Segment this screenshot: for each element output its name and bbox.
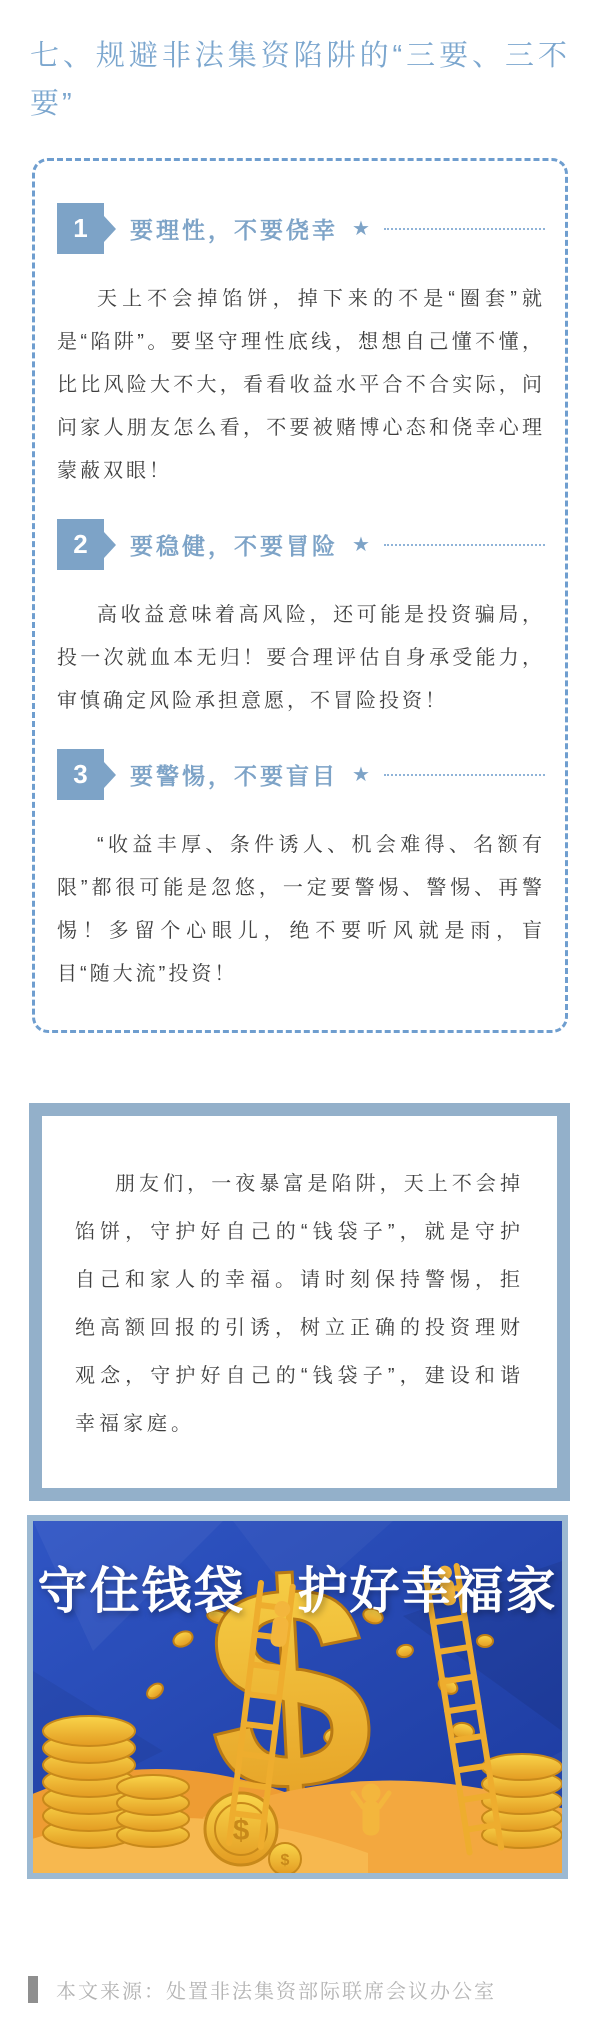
summary-box: 朋友们，一夜暴富是陷阱，天上不会掉馅饼，守护好自己的“钱袋子”，就是守护自己和家… <box>29 1103 570 1501</box>
source-row: 本文来源：处置非法集资部际联席会议办公室 <box>28 1975 570 2004</box>
dotted-rule <box>384 544 545 546</box>
svg-text:$: $ <box>233 1814 250 1847</box>
source-bar-icon <box>28 1976 38 2003</box>
dotted-rule <box>384 228 545 230</box>
section-paragraph-1: 天上不会掉馅饼，掉下来的不是“圈套”就是“陷阱”。要坚守理性底线，想想自己懂不懂… <box>57 278 545 493</box>
summary-paragraph: 朋友们，一夜暴富是陷阱，天上不会掉馅饼，守护好自己的“钱袋子”，就是守护自己和家… <box>75 1160 524 1448</box>
tips-dashed-box: 1 要理性，不要侥幸 ★ 天上不会掉馅饼，掉下来的不是“圈套”就是“陷阱”。要坚… <box>32 158 568 1033</box>
dotted-rule <box>384 774 545 776</box>
page-title: 七、规避非法集资陷阱的“三要、三不要” <box>30 32 570 128</box>
section-header-2: 2 要稳健，不要冒险 ★ <box>57 519 545 570</box>
section-paragraph-3: “收益丰厚、条件诱人、机会难得、名额有限”都很可能是忽悠，一定要警惕、警惕、再警… <box>57 824 545 996</box>
section-number-badge-1: 1 <box>57 203 104 254</box>
source-text: 本文来源：处置非法集资部际联席会议办公室 <box>56 1975 496 2004</box>
section-header-3: 3 要警惕，不要盲目 ★ <box>57 749 545 800</box>
star-icon: ★ <box>352 532 370 557</box>
banner-headline: 守住钱袋 护好幸福家 <box>33 1551 562 1623</box>
small-coin: $ <box>269 1843 301 1873</box>
section-title-3: 要警惕，不要盲目 <box>130 758 338 791</box>
section-title-2: 要稳健，不要冒险 <box>130 528 338 561</box>
banner-image[interactable]: $ $ $ <box>27 1515 568 1879</box>
section-number-badge-2: 2 <box>57 519 104 570</box>
section-title-1: 要理性，不要侥幸 <box>130 212 338 245</box>
section-header-1: 1 要理性，不要侥幸 ★ <box>57 203 545 254</box>
section-paragraph-2: 高收益意味着高风险，还可能是投资骗局，投一次就血本无归！要合理评估自身承受能力，… <box>57 594 545 723</box>
section-number-1: 1 <box>73 213 87 244</box>
star-icon: ★ <box>352 216 370 241</box>
section-number-3: 3 <box>73 759 87 790</box>
svg-text:$: $ <box>281 1852 290 1869</box>
star-icon: ★ <box>352 762 370 787</box>
section-number-2: 2 <box>73 529 87 560</box>
section-number-badge-3: 3 <box>57 749 104 800</box>
